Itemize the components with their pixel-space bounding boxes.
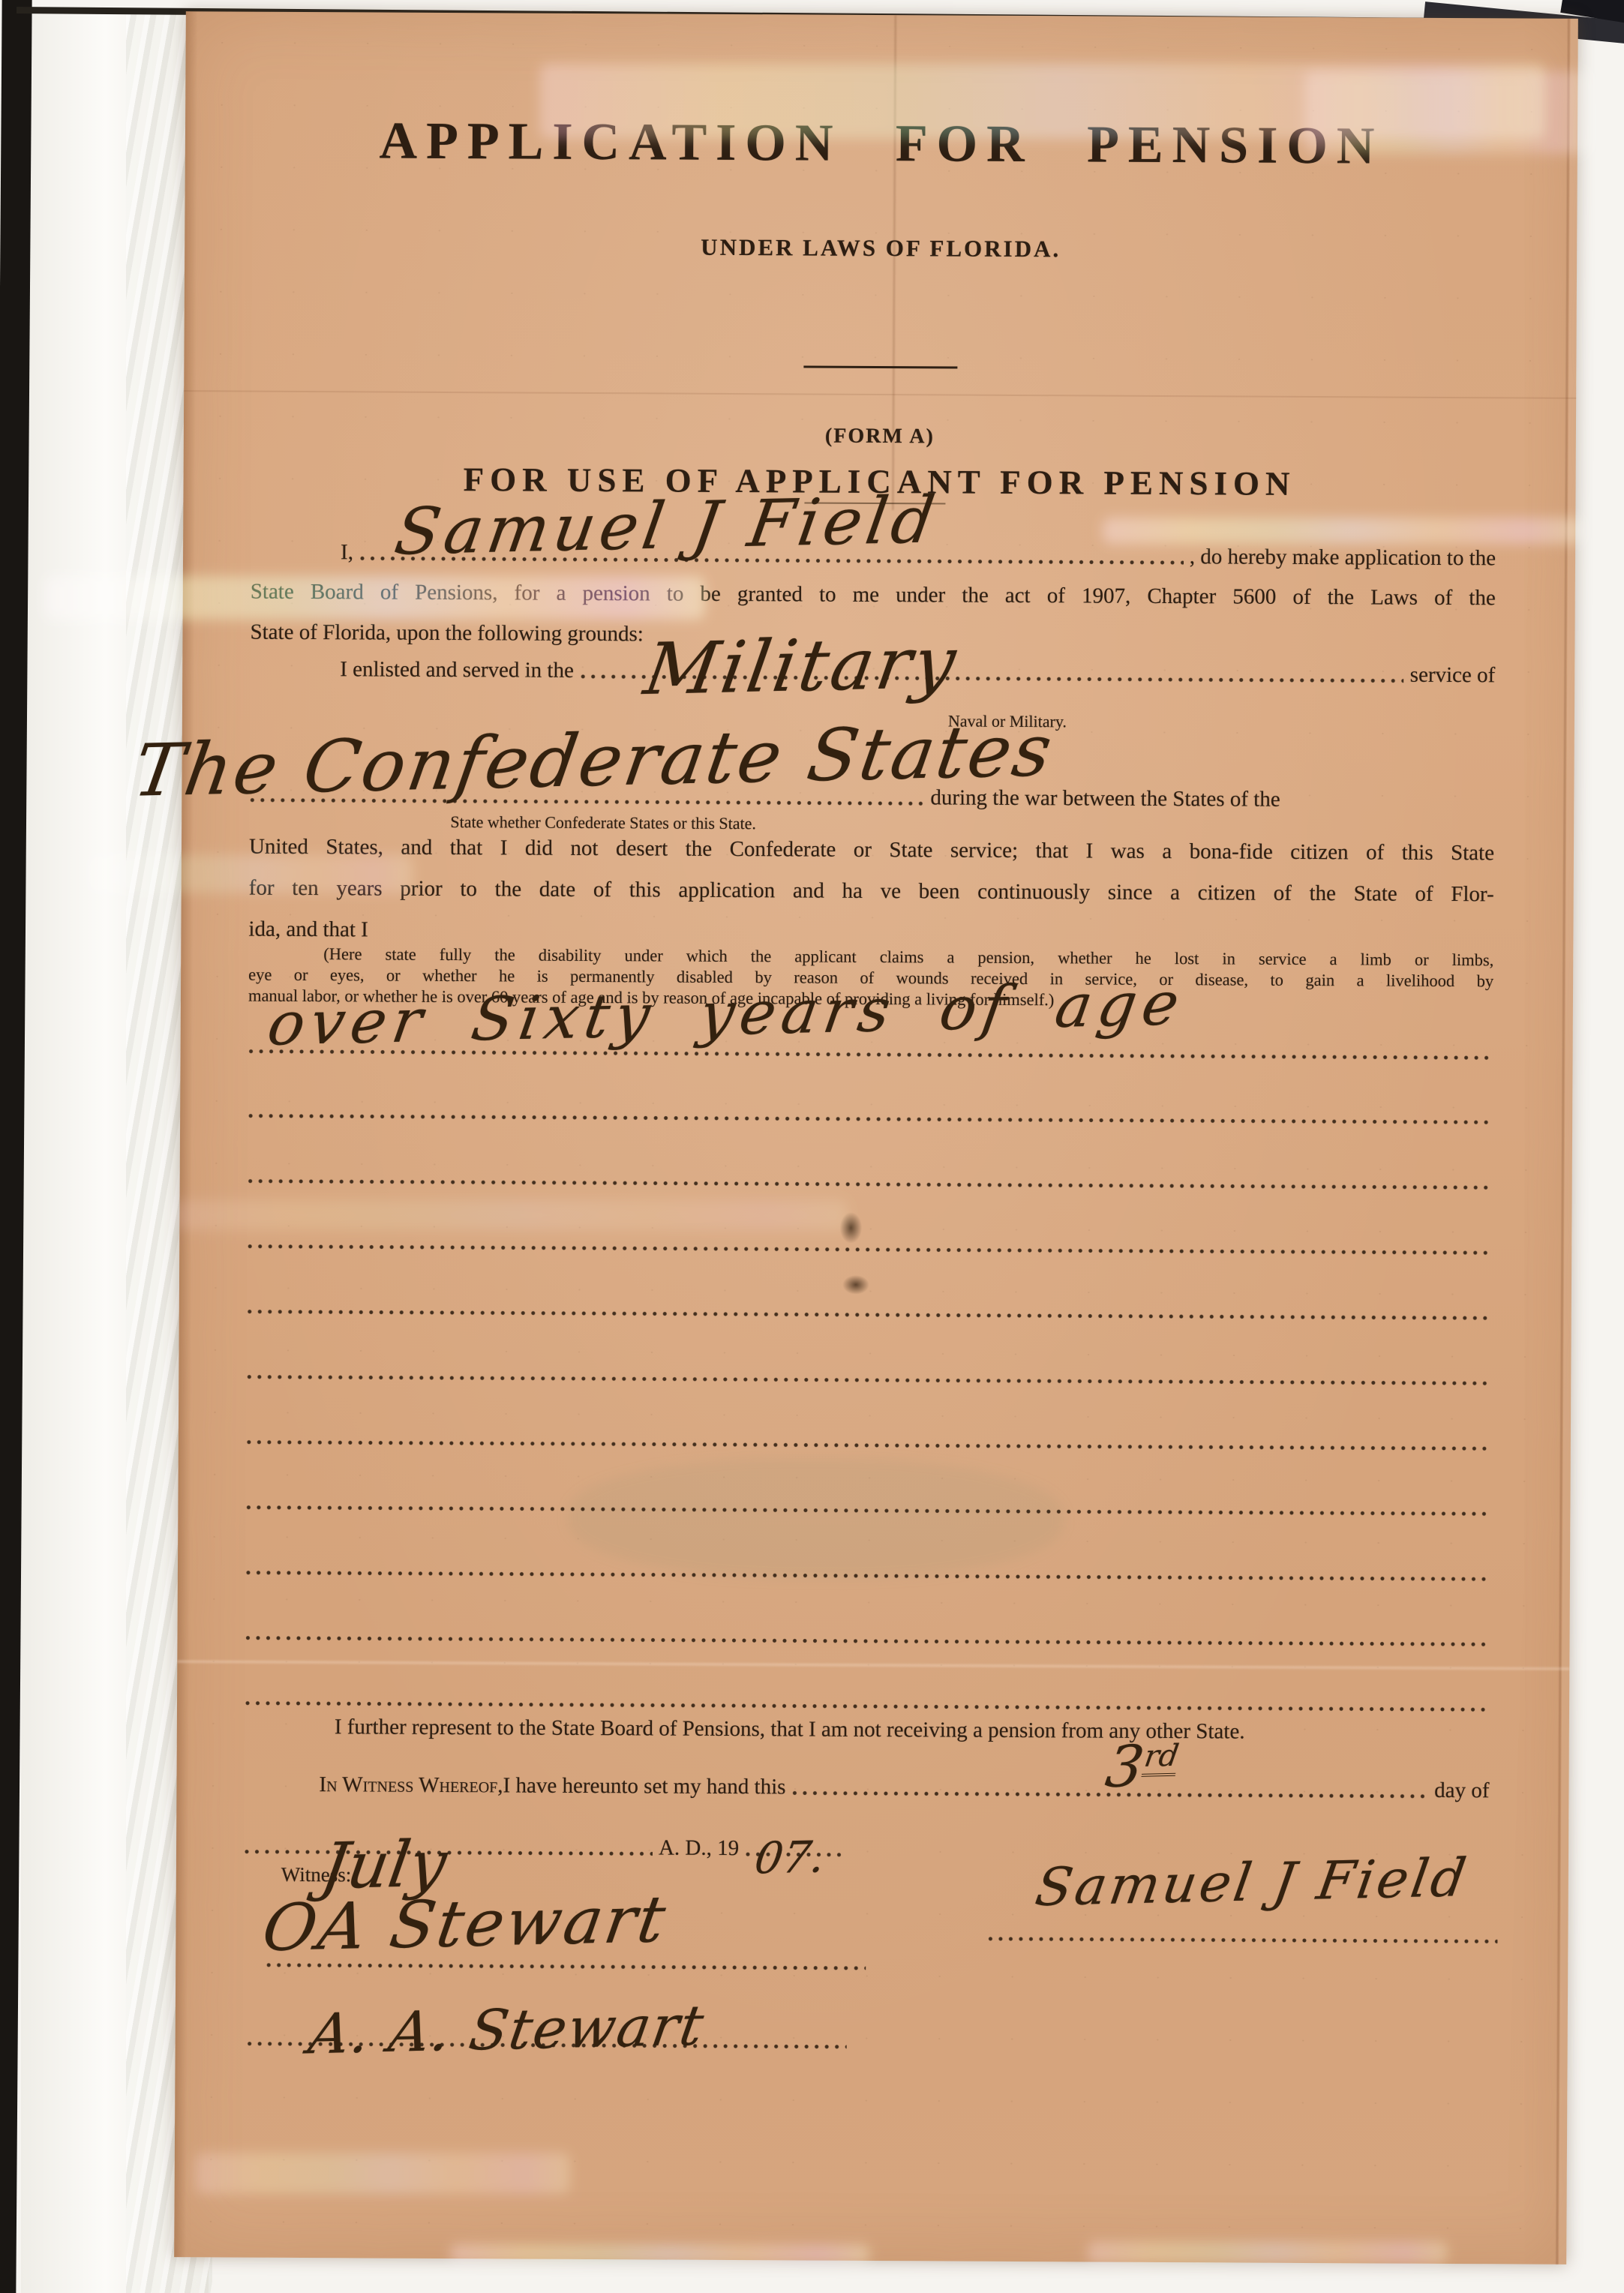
witness-whereof-suffix: day of xyxy=(1434,1778,1489,1803)
body-line1: United States, and that I did not desert… xyxy=(249,835,1494,866)
represent-text: I further represent to the State Board o… xyxy=(335,1715,1245,1743)
paragraph-indent xyxy=(244,1791,319,1792)
blank-dotted-line xyxy=(248,1113,1493,1126)
form-label: (FORM A) xyxy=(184,421,1576,452)
enlisted-prefix: I enlisted and served in the xyxy=(340,657,574,683)
witness-whereof-smallcaps: In Witness Whereof, xyxy=(319,1772,503,1798)
blank-dotted-line xyxy=(246,1439,1491,1452)
blank-dotted-line xyxy=(246,1374,1491,1387)
blank-dotted-line xyxy=(245,1635,1490,1648)
handwritten-service-branch: Military xyxy=(640,628,963,706)
service-caption: State whether Confederate States or this… xyxy=(341,812,866,834)
pension-form-paper: APPLICATION FOR PENSION UNDER LAWS OF FL… xyxy=(174,11,1578,2264)
handwritten-witness1: OA Stewart xyxy=(259,1887,672,1961)
fill-in-dots-month xyxy=(244,1849,653,1857)
holographic-glare xyxy=(195,2153,570,2194)
handwritten-applicant-name: Samuel J Field xyxy=(391,488,943,564)
blank-dotted-line xyxy=(247,1309,1492,1322)
handwritten-disability: over Sixty years of age xyxy=(264,974,1189,1054)
holographic-glare xyxy=(1305,71,1590,154)
witness-whereof-line: In Witness Whereof, I have hereunto set … xyxy=(244,1772,1489,1804)
blank-dotted-line xyxy=(247,1244,1492,1256)
ink-smudge xyxy=(842,1275,869,1295)
ad-label: A. D., 19 xyxy=(659,1835,739,1861)
handwritten-year: 07. xyxy=(752,1835,828,1880)
blank-dotted-line xyxy=(248,1178,1493,1191)
holographic-glare xyxy=(90,855,413,893)
holographic-glare xyxy=(1088,2241,1448,2264)
scanned-document-page: APPLICATION FOR PENSION UNDER LAWS OF FL… xyxy=(0,0,1624,2293)
name-line-suffix: , do hereby make application to the xyxy=(1190,545,1496,571)
holographic-glare xyxy=(450,2244,870,2264)
page-subtitle: UNDER LAWS OF FLORIDA. xyxy=(185,231,1577,266)
day-ordinal: rd xyxy=(1142,1739,1181,1777)
handwritten-signature: Samuel J Field xyxy=(1032,1851,1472,1913)
paragraph-indent xyxy=(251,559,341,560)
handwritten-witness2: A. A. Stewart xyxy=(305,1998,709,2063)
holographic-glare xyxy=(1103,518,1583,544)
blank-ruled-lines xyxy=(186,11,1578,19)
paragraph-indent xyxy=(245,1733,335,1734)
witness-whereof-rest: I have hereunto set my hand this xyxy=(503,1773,786,1799)
holographic-glare xyxy=(173,1200,848,1230)
enlisted-suffix: service of xyxy=(1410,663,1496,689)
blank-dotted-line xyxy=(245,1700,1490,1713)
ink-bleed-through xyxy=(568,1457,1064,1580)
handwritten-day: 3rd xyxy=(1103,1737,1181,1796)
body-line3: ida, and that I xyxy=(248,917,1493,949)
horizontal-crease-lower xyxy=(177,1660,1569,1670)
represent-line: I further represent to the State Board o… xyxy=(245,1715,1490,1746)
horizontal-crease-upper xyxy=(184,390,1576,399)
signature-line xyxy=(987,1936,1497,1945)
divider-rule xyxy=(803,365,957,368)
paragraph-indent xyxy=(250,676,340,677)
handwritten-service-of: The Confederate States xyxy=(129,714,1058,806)
holographic-glare xyxy=(45,576,705,620)
body-line2: for ten years prior to the date of this … xyxy=(249,876,1494,908)
name-line-prefix: I, xyxy=(341,540,353,565)
